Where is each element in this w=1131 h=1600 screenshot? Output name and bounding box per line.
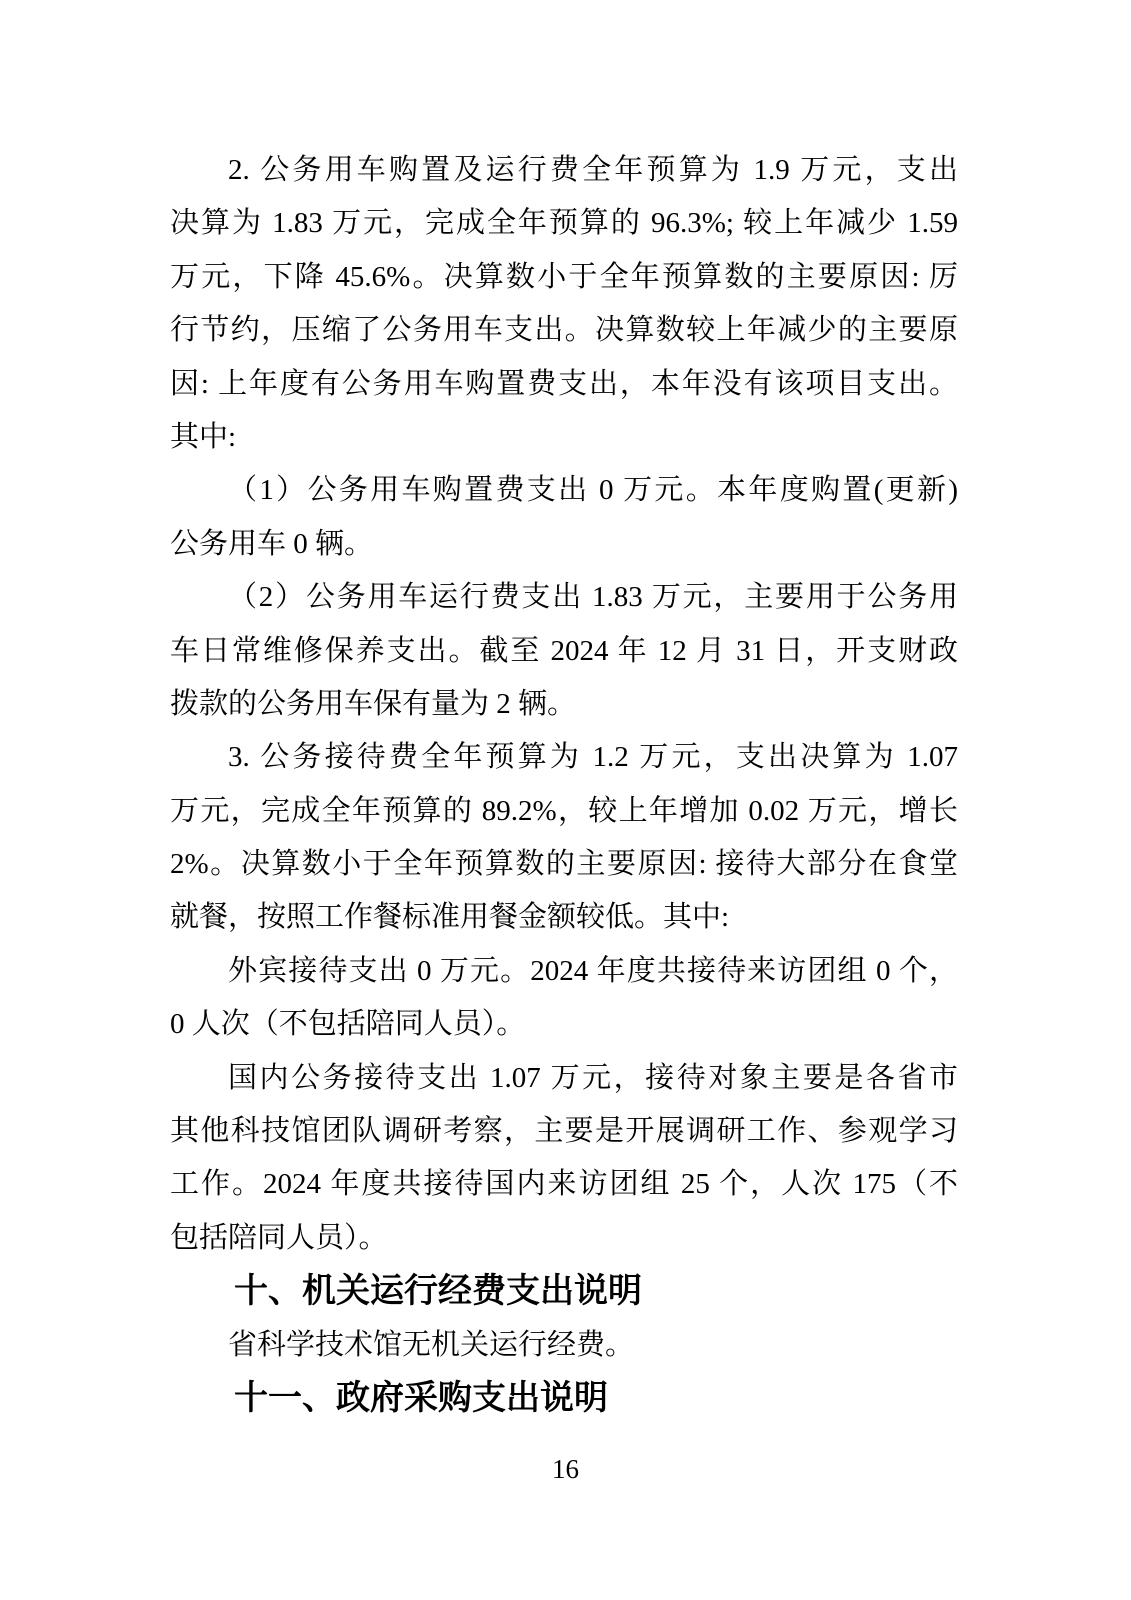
text-line: 2. 公务用车购置及运行费全年预算为 1.9 万元，支出 xyxy=(170,144,958,197)
text-line: 外宾接待支出 0 万元。2024 年度共接待来访团组 0 个， xyxy=(170,945,958,998)
text-line: 0 人次（不包括陪同人员）。 xyxy=(170,998,958,1051)
paragraph-foreign-reception: 外宾接待支出 0 万元。2024 年度共接待来访团组 0 个， 0 人次（不包括… xyxy=(170,945,958,1052)
text-line: 3. 公务接待费全年预算为 1.2 万元，支出决算为 1.07 xyxy=(170,731,958,784)
text-line: 车日常维修保养支出。截至 2024 年 12 月 31 日，开支财政 xyxy=(170,625,958,678)
text-line: 国内公务接待支出 1.07 万元，接待对象主要是各省市 xyxy=(170,1052,958,1105)
heading-section-eleven: 十一、政府采购支出说明 xyxy=(170,1372,958,1425)
text-line: 其中: xyxy=(170,411,958,464)
text-line: 其他科技馆团队调研考察，主要是开展调研工作、参观学习 xyxy=(170,1105,958,1158)
text-line: 包括陪同人员）。 xyxy=(170,1212,958,1265)
text-line: 万元，完成全年预算的 89.2%，较上年增加 0.02 万元，增长 xyxy=(170,785,958,838)
paragraph-vehicle-operation: （2）公务用车运行费支出 1.83 万元，主要用于公务用 车日常维修保养支出。截… xyxy=(170,571,958,731)
heading-section-ten: 十、机关运行经费支出说明 xyxy=(170,1265,958,1318)
page-content: 2. 公务用车购置及运行费全年预算为 1.9 万元，支出 决算为 1.83 万元… xyxy=(170,144,958,1425)
paragraph-agency-operating-expense: 省科学技术馆无机关运行经费。 xyxy=(170,1319,958,1372)
text-line: 工作。2024 年度共接待国内来访团组 25 个，人次 175（不 xyxy=(170,1158,958,1211)
text-line: （1）公务用车购置费支出 0 万元。本年度购置(更新) xyxy=(170,464,958,517)
text-line: 行节约，压缩了公务用车支出。决算数较上年减少的主要原 xyxy=(170,304,958,357)
text-line: 就餐，按照工作餐标准用餐金额较低。其中: xyxy=(170,891,958,944)
heading-text: 十一、政府采购支出说明 xyxy=(170,1372,958,1425)
document-page: 2. 公务用车购置及运行费全年预算为 1.9 万元，支出 决算为 1.83 万元… xyxy=(0,0,1131,1600)
text-line: （2）公务用车运行费支出 1.83 万元，主要用于公务用 xyxy=(170,571,958,624)
text-line: 因: 上年度有公务用车购置费支出，本年没有该项目支出。 xyxy=(170,358,958,411)
paragraph-vehicle-purchase: （1）公务用车购置费支出 0 万元。本年度购置(更新) 公务用车 0 辆。 xyxy=(170,464,958,571)
paragraph-domestic-reception: 国内公务接待支出 1.07 万元，接待对象主要是各省市 其他科技馆团队调研考察，… xyxy=(170,1052,958,1266)
paragraph-vehicle-expense: 2. 公务用车购置及运行费全年预算为 1.9 万元，支出 决算为 1.83 万元… xyxy=(170,144,958,464)
text-line: 省科学技术馆无机关运行经费。 xyxy=(170,1319,958,1372)
heading-text: 十、机关运行经费支出说明 xyxy=(170,1265,958,1318)
paragraph-official-reception: 3. 公务接待费全年预算为 1.2 万元，支出决算为 1.07 万元，完成全年预… xyxy=(170,731,958,945)
text-line: 公务用车 0 辆。 xyxy=(170,518,958,571)
text-line: 2%。决算数小于全年预算数的主要原因: 接待大部分在食堂 xyxy=(170,838,958,891)
page-number: 16 xyxy=(0,1454,1131,1484)
text-line: 万元，下降 45.6%。决算数小于全年预算数的主要原因: 厉 xyxy=(170,251,958,304)
text-line: 拨款的公务用车保有量为 2 辆。 xyxy=(170,678,958,731)
text-line: 决算为 1.83 万元，完成全年预算的 96.3%; 较上年减少 1.59 xyxy=(170,197,958,250)
